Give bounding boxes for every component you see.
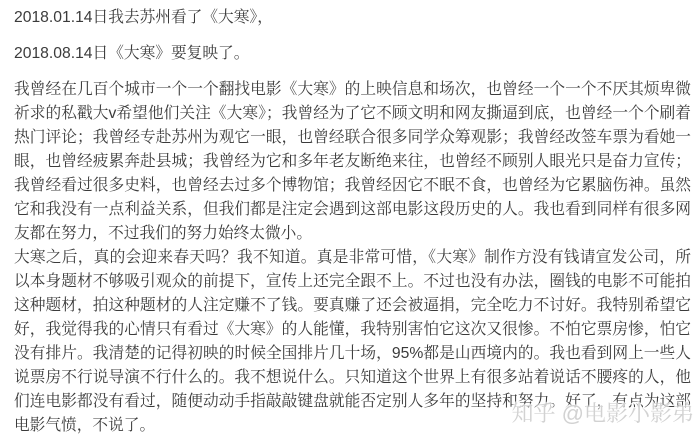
article-page: 2018.01.14日我去苏州看了《大寒》， 2018.08.14日《大寒》要复… — [0, 0, 699, 442]
paragraph-reflection: 大寒之后，真的会迎来春天吗？我不知道。真是非常可惜，《大寒》制作方没有钱请宣发公… — [14, 246, 691, 438]
paragraph-efforts: 我曾经在几百个城市一个一个翻找电影《大寒》的上映信息和场次，也曾经一个一个不厌其… — [14, 78, 691, 246]
paragraph-date-rerelease: 2018.08.14日《大寒》要复映了。 — [14, 42, 691, 66]
paragraph-date-watched: 2018.01.14日我去苏州看了《大寒》， — [14, 6, 691, 30]
